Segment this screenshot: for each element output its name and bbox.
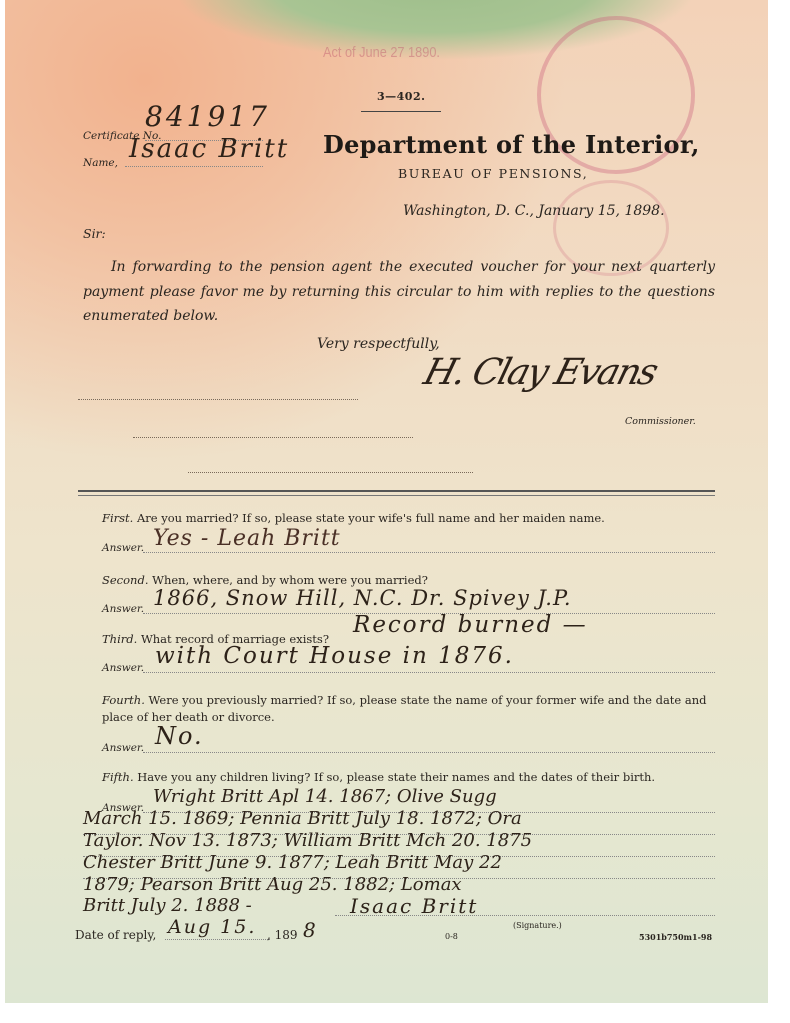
certificate-number: 841917: [145, 100, 270, 133]
department-title: Department of the Interior,: [323, 130, 700, 159]
letter-body: In forwarding to the pension agent the e…: [83, 255, 715, 329]
year-suffix: 8: [303, 918, 316, 942]
name-dotted-line: [125, 166, 263, 167]
question-ordinal: Fifth.: [102, 770, 134, 784]
pensioner-name: Isaac Britt: [129, 134, 289, 164]
act-stamp: Act of June 27 1890.: [323, 44, 440, 61]
blank-line-2: [133, 437, 413, 438]
answer-label: Answer.: [102, 662, 144, 674]
form-code-right: 5301b750m1-98: [639, 932, 712, 942]
date-of-reply-label: Date of reply,: [75, 928, 156, 942]
form-number-rule: [361, 111, 441, 112]
question-text: When, where, and by whom were you marrie…: [152, 573, 428, 587]
answer-fifth-line6: Britt July 2. 1888 -: [83, 895, 252, 916]
question-ordinal: Second.: [102, 573, 148, 587]
question-second: Second. When, where, and by whom were yo…: [102, 573, 428, 587]
double-rule: [78, 490, 715, 496]
answer-fourth: No.: [155, 722, 204, 750]
answer-fifth-line3: Taylor. Nov 13. 1873; William Britt Mch …: [83, 830, 532, 851]
question-ordinal: First.: [102, 511, 133, 525]
pension-circular-page: Act of June 27 1890. 3—402. Certificate …: [5, 0, 768, 1003]
form-number: 3—402.: [377, 90, 425, 103]
question-ordinal: Fourth.: [102, 693, 145, 707]
bureau-title: BUREAU OF PENSIONS,: [398, 166, 588, 181]
answer-line: [143, 552, 715, 553]
blank-line-3: [188, 472, 473, 473]
signature-label: (Signature.): [513, 921, 562, 930]
answer-fifth-line5: 1879; Pearson Britt Aug 25. 1882; Lomax: [83, 874, 462, 895]
form-code-mid: 0-8: [445, 932, 458, 941]
question-fifth: Fifth. Have you any children living? If …: [102, 770, 655, 784]
answer-fifth-line2: March 15. 1869; Pennia Britt July 18. 18…: [83, 808, 522, 829]
question-ordinal: Third.: [102, 632, 137, 646]
pensioner-signature: Isaac Britt: [350, 894, 478, 918]
answer-fifth-line1: Wright Britt Apl 14. 1867; Olive Sugg: [153, 786, 497, 807]
letter-body-text: In forwarding to the pension agent the e…: [83, 259, 715, 324]
date-of-reply-value: Aug 15.: [168, 916, 256, 938]
answer-first: Yes - Leah Britt: [153, 526, 341, 551]
closing: Very respectfully,: [317, 336, 440, 352]
blank-line-1: [78, 399, 358, 400]
answer-second: 1866, Snow Hill, N.C. Dr. Spivey J.P.: [153, 586, 572, 610]
answer-line: [143, 672, 715, 673]
question-text: Have you any children living? If so, ple…: [137, 770, 655, 784]
question-first: First. Are you married? If so, please st…: [102, 511, 605, 525]
question-text: Were you previously married? If so, plea…: [102, 693, 707, 724]
answer-third-line2: with Court House in 1876.: [155, 643, 514, 669]
salutation: Sir:: [83, 226, 106, 241]
year-prefix: , 189: [267, 928, 298, 942]
answer-third-line1: Record burned —: [353, 612, 588, 638]
dateline: Washington, D. C., January 15, 1898.: [403, 203, 665, 219]
commissioner-signature: H. Clay Evans: [420, 352, 661, 393]
name-label: Name,: [83, 157, 118, 169]
question-text: Are you married? If so, please state you…: [137, 511, 605, 525]
answer-label: Answer.: [102, 742, 144, 754]
answer-label: Answer.: [102, 542, 144, 554]
answer-fifth-line4: Chester Britt June 9. 1877; Leah Britt M…: [83, 852, 502, 873]
question-fourth: Fourth. Were you previously married? If …: [102, 692, 717, 726]
answer-line: [143, 752, 715, 753]
date-line: [165, 939, 270, 940]
commissioner-title: Commissioner.: [625, 416, 696, 427]
answer-label: Answer.: [102, 603, 144, 615]
